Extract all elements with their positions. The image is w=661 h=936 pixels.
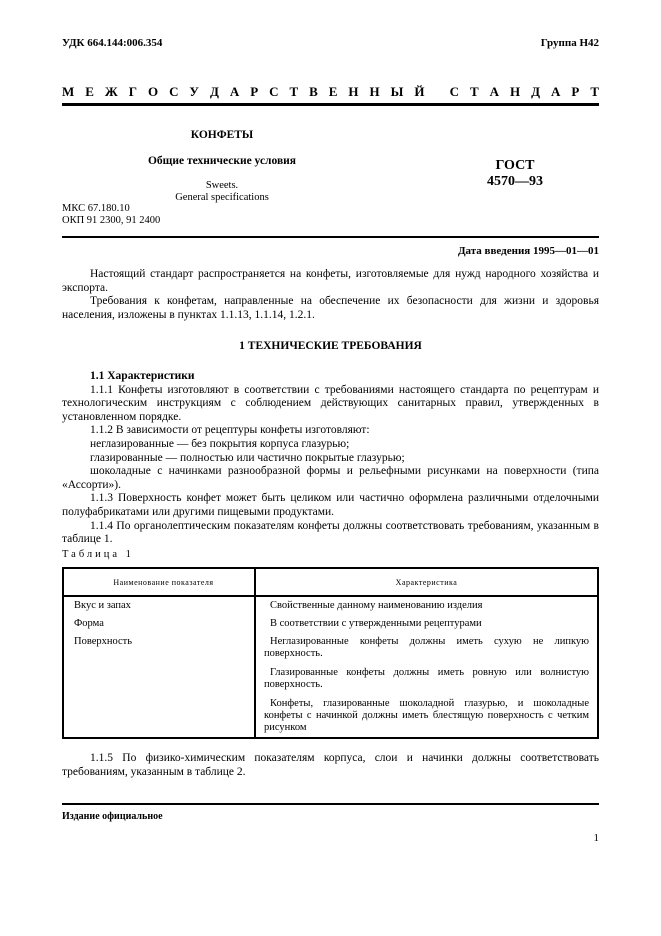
group-code: Группа Н42 [541, 37, 599, 49]
heading-letter: В [309, 84, 318, 100]
indicator-name: Поверхность [63, 633, 255, 738]
characteristic-text: В соответствии с утвержденными рецептура… [264, 618, 589, 630]
official-edition-label: Издание официальное [62, 811, 163, 822]
heading-letter: Н [370, 84, 380, 100]
table-label: Таблица 1 [62, 549, 134, 560]
characteristic-text: Конфеты, глазированные шоколадной глазур… [264, 698, 589, 734]
section-body: 1.1 Характеристики 1.1.1 Конфеты изготов… [62, 370, 599, 547]
udk-code: УДК 664.144:006.354 [62, 37, 162, 49]
column-header: Характеристика [255, 568, 598, 596]
title-rule [62, 236, 599, 238]
heading-letter: Н [510, 84, 520, 100]
list-item: глазированные — полностью или частично п… [62, 452, 599, 466]
okp-code: ОКП 91 2300, 91 2400 [62, 215, 160, 227]
gost-number: 4570—93 [465, 174, 565, 190]
characteristic-text: Глазированные конфеты должны иметь ровну… [264, 667, 589, 691]
intro-paragraph: Настоящий стандарт распространяется на к… [62, 268, 599, 295]
heading-letter: Д [210, 84, 219, 100]
gost-block: ГОСТ 4570—93 [465, 158, 565, 190]
column-header: Наименование показателя [63, 568, 255, 596]
interstate-standard-heading: МЕЖГОСУДАРСТВЕННЫЙ СТАНДАРТ [62, 84, 599, 100]
heading-letter: А [230, 84, 239, 100]
page-number: 1 [594, 832, 600, 844]
clause-1-1-3: 1.1.3 Поверхность конфет может быть цели… [62, 492, 599, 519]
table-row: ПоверхностьНеглазированные конфеты должн… [63, 633, 598, 738]
indicator-name: Вкус и запах [63, 596, 255, 615]
table-row: Вкус и запахСвойственные данному наимено… [63, 596, 598, 615]
indicator-characteristic: Неглазированные конфеты должны иметь сух… [255, 633, 598, 738]
classification-codes: МКС 67.180.10 ОКП 91 2300, 91 2400 [62, 203, 160, 227]
introduction-date: Дата введения 1995—01—01 [458, 245, 599, 257]
heading-letter: М [62, 84, 74, 100]
heading-letter: Т [290, 84, 299, 100]
english-title-line2: General specifications [62, 192, 382, 203]
heading-letter: Й [414, 84, 424, 100]
clause-1-1-1: 1.1.1 Конфеты изготовляют в соответствии… [62, 384, 599, 425]
gost-label: ГОСТ [465, 158, 565, 174]
heading-letter: Т [470, 84, 479, 100]
header-rule [62, 103, 599, 106]
document-subtitle: Общие технические условия [62, 155, 382, 167]
list-item: неглазированные — без покрытия корпуса г… [62, 438, 599, 452]
heading-letter: Ы [391, 84, 404, 100]
heading-letter: Н [348, 84, 358, 100]
heading-letter: Т [590, 84, 599, 100]
heading-letter: О [148, 84, 158, 100]
heading-letter: Р [250, 84, 258, 100]
clause-1-1-4: 1.1.4 По органолептическим показателям к… [62, 520, 599, 547]
heading-letter [435, 84, 438, 100]
heading-letter: Е [85, 84, 94, 100]
clause-1-1-2: 1.1.2 В зависимости от рецептуры конфеты… [62, 424, 599, 438]
clause-1-1-5: 1.1.5 По физико-химическим показателям к… [62, 752, 599, 779]
heading-letter: Р [571, 84, 579, 100]
document-title: КОНФЕТЫ [62, 129, 382, 141]
indicator-name: Форма [63, 615, 255, 633]
indicator-characteristic: В соответствии с утвержденными рецептура… [255, 615, 598, 633]
heading-letter: Г [129, 84, 137, 100]
footer-rule [62, 803, 599, 805]
heading-letter: Ж [105, 84, 118, 100]
clause-1-1-5-text: 1.1.5 По физико-химическим показателям к… [62, 752, 599, 779]
indicator-characteristic: Свойственные данному наименованию издели… [255, 596, 598, 615]
characteristic-text: Неглазированные конфеты должны иметь сух… [264, 636, 589, 660]
heading-letter: Д [531, 84, 540, 100]
heading-letter: С [269, 84, 278, 100]
table-header-row: Наименование показателя Характеристика [63, 568, 598, 596]
english-title-line1: Sweets. [62, 180, 382, 191]
intro-paragraph: Требования к конфетам, направленные на о… [62, 295, 599, 322]
heading-letter: С [450, 84, 459, 100]
mks-code: МКС 67.180.10 [62, 203, 160, 215]
heading-letter: А [551, 84, 560, 100]
heading-letter: У [189, 84, 199, 100]
characteristic-text: Свойственные данному наименованию издели… [264, 600, 589, 612]
intro-text: Настоящий стандарт распространяется на к… [62, 268, 599, 322]
subsection-heading: 1.1 Характеристики [62, 370, 599, 384]
organoleptic-table: Наименование показателя Характеристика В… [62, 567, 599, 739]
heading-letter: А [490, 84, 499, 100]
heading-letter: Е [329, 84, 338, 100]
table-row: ФормаВ соответствии с утвержденными реце… [63, 615, 598, 633]
section-heading: 1 ТЕХНИЧЕСКИЕ ТРЕБОВАНИЯ [62, 340, 599, 352]
list-item: шоколадные с начинками разнообразной фор… [62, 465, 599, 492]
heading-letter: С [169, 84, 178, 100]
